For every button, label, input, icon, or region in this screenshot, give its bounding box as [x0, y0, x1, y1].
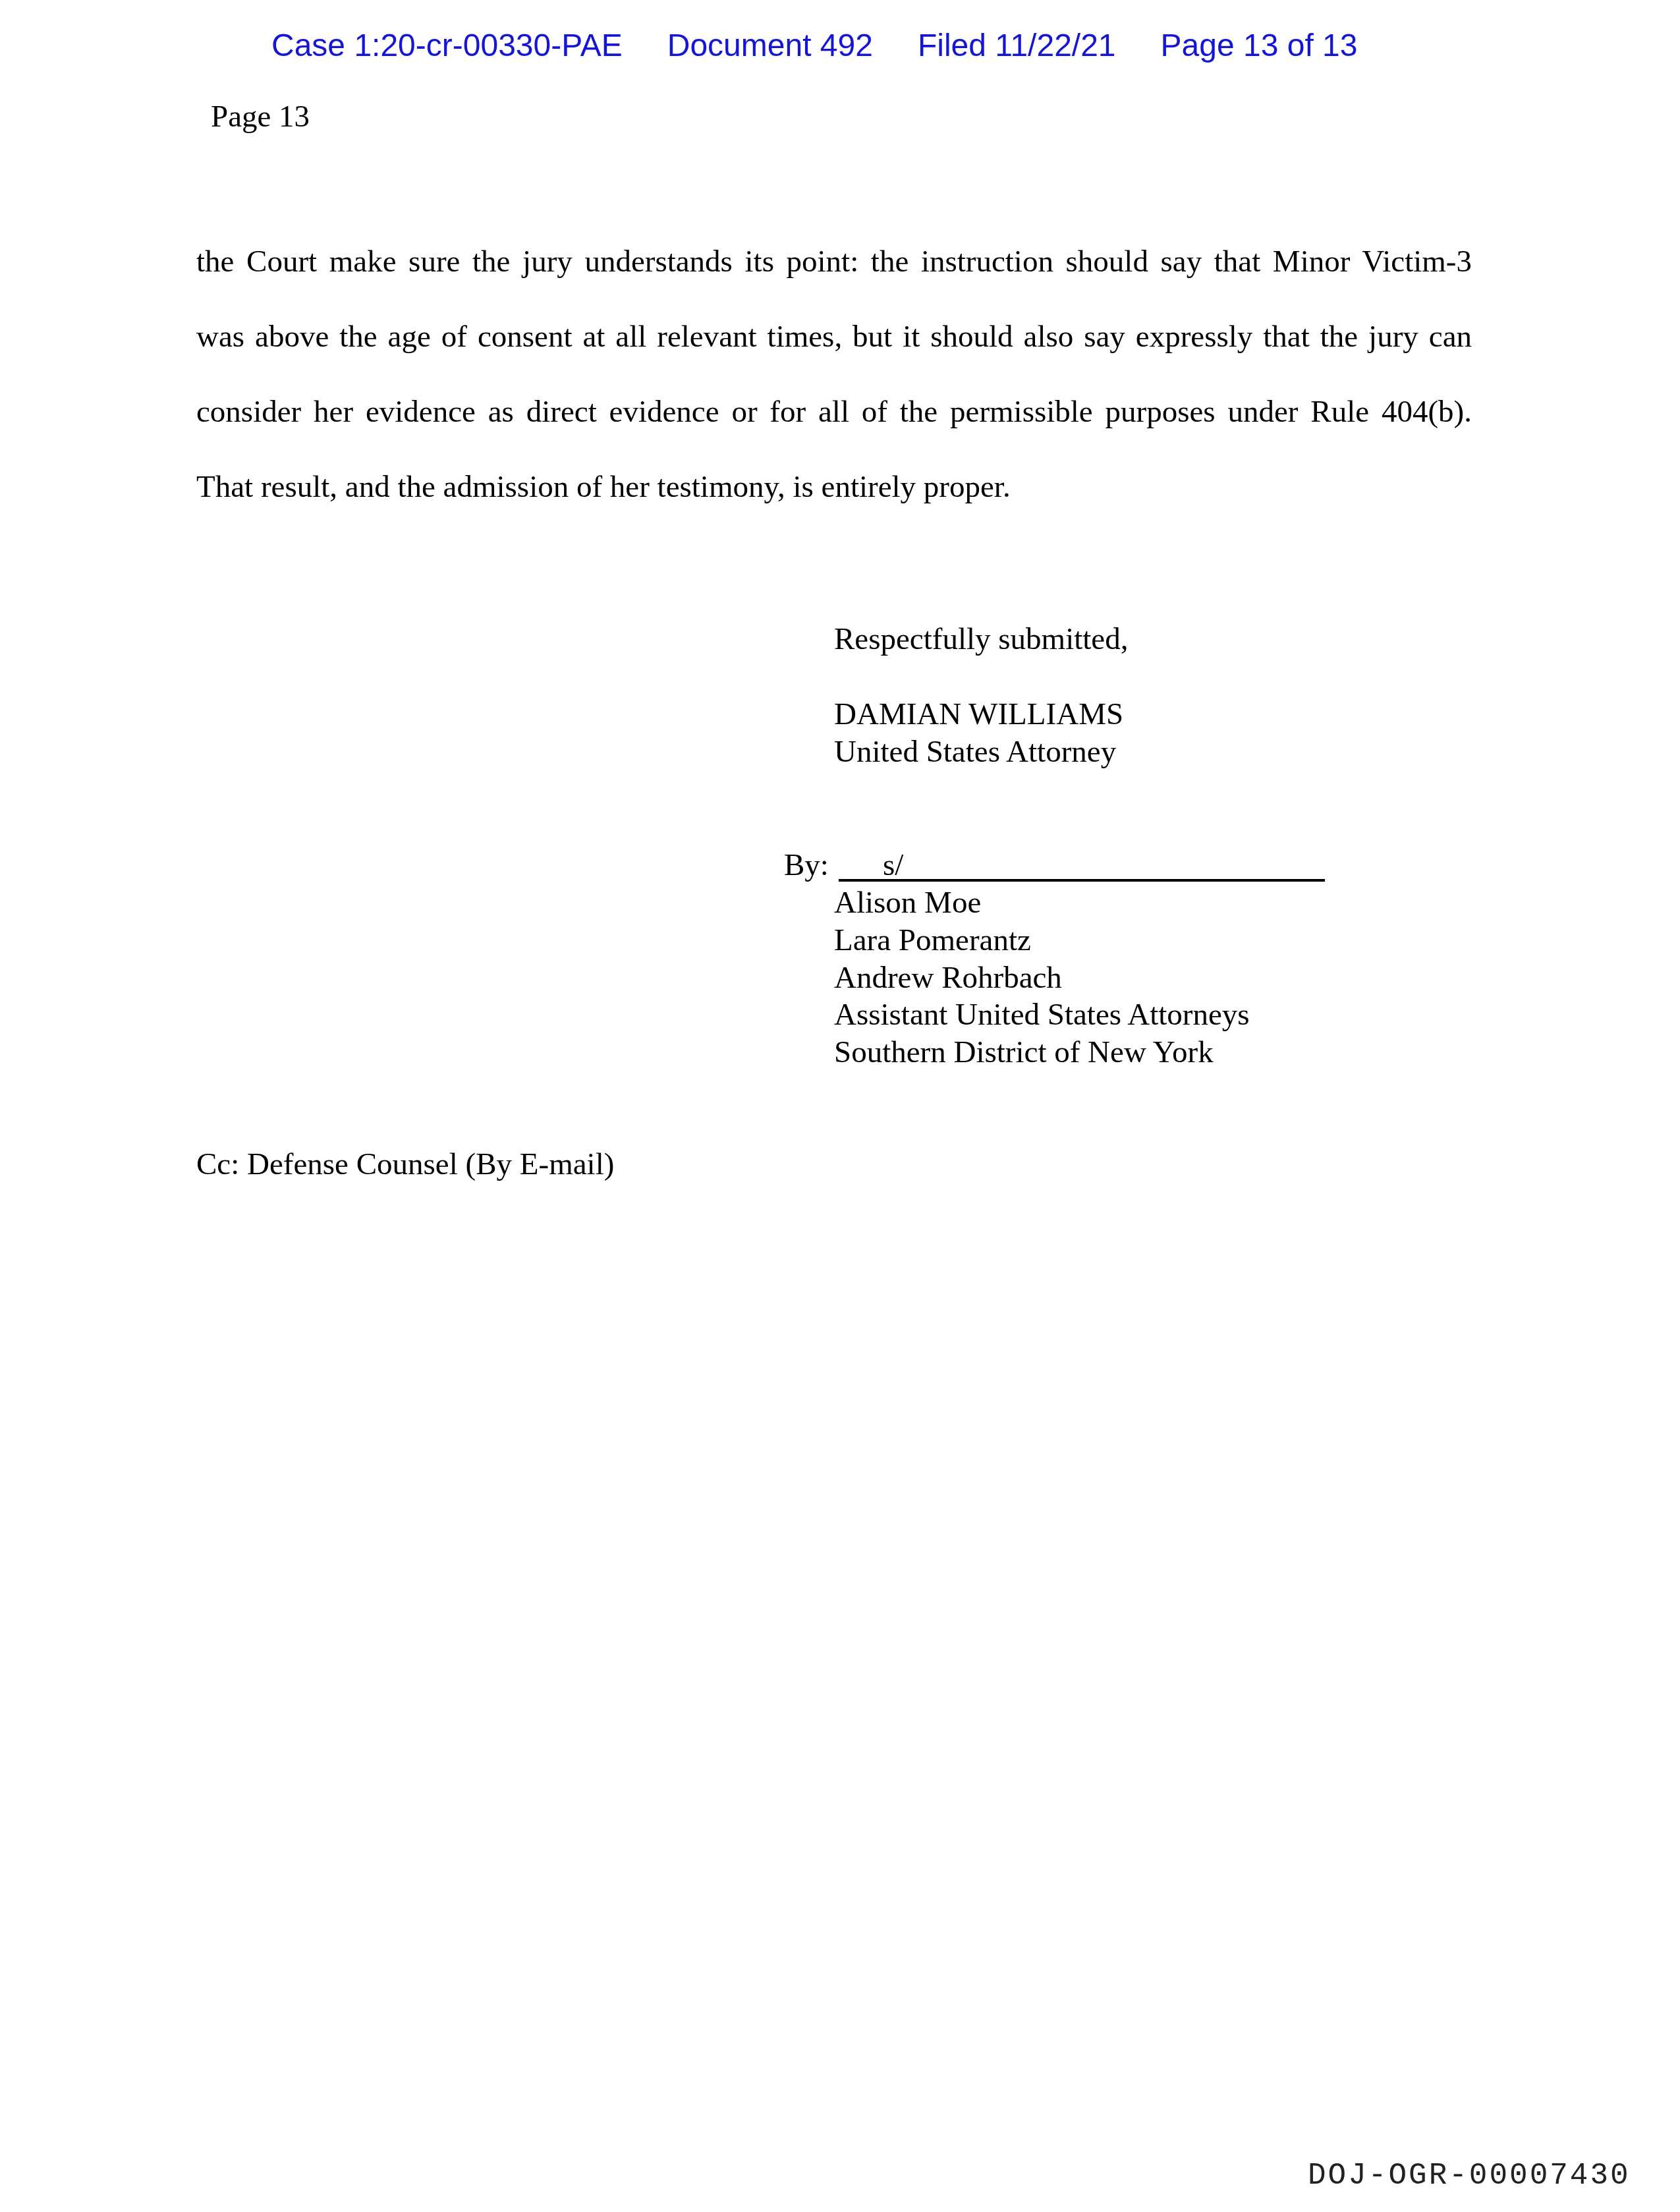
signer-name: Lara Pomerantz — [834, 922, 1031, 958]
page-count: Page 13 of 13 — [1161, 28, 1358, 64]
signature-mark: s/ — [883, 847, 903, 883]
ecf-filing-header: Case 1:20-cr-00330-PAEDocument 492Filed … — [271, 28, 1357, 64]
cc-line: Cc: Defense Counsel (By E-mail) — [196, 1147, 614, 1182]
closing: Respectfully submitted, — [834, 621, 1128, 657]
case-number: Case 1:20-cr-00330-PAE — [271, 28, 623, 64]
body-line: consider her evidence as direct evidence… — [196, 394, 1472, 430]
signers-title: Assistant United States Attorneys — [834, 997, 1250, 1033]
body-line: That result, and the admission of her te… — [196, 469, 1011, 505]
document-number: Document 492 — [667, 28, 873, 64]
body-line: was above the age of consent at all rele… — [196, 319, 1472, 354]
by-label: By: — [784, 847, 829, 883]
signer-name: Alison Moe — [834, 885, 981, 921]
signature-line — [839, 879, 1325, 882]
signer-name: Andrew Rohrbach — [834, 960, 1062, 996]
page-label: Page 13 — [211, 99, 310, 134]
filed-date: Filed 11/22/21 — [918, 28, 1116, 64]
office: Southern District of New York — [834, 1035, 1214, 1070]
us-attorney-name: DAMIAN WILLIAMS — [834, 696, 1123, 732]
body-line: the Court make sure the jury understands… — [196, 244, 1472, 279]
us-attorney-title: United States Attorney — [834, 734, 1116, 770]
bates-number: DOJ-OGR-00007430 — [1308, 2159, 1631, 2193]
